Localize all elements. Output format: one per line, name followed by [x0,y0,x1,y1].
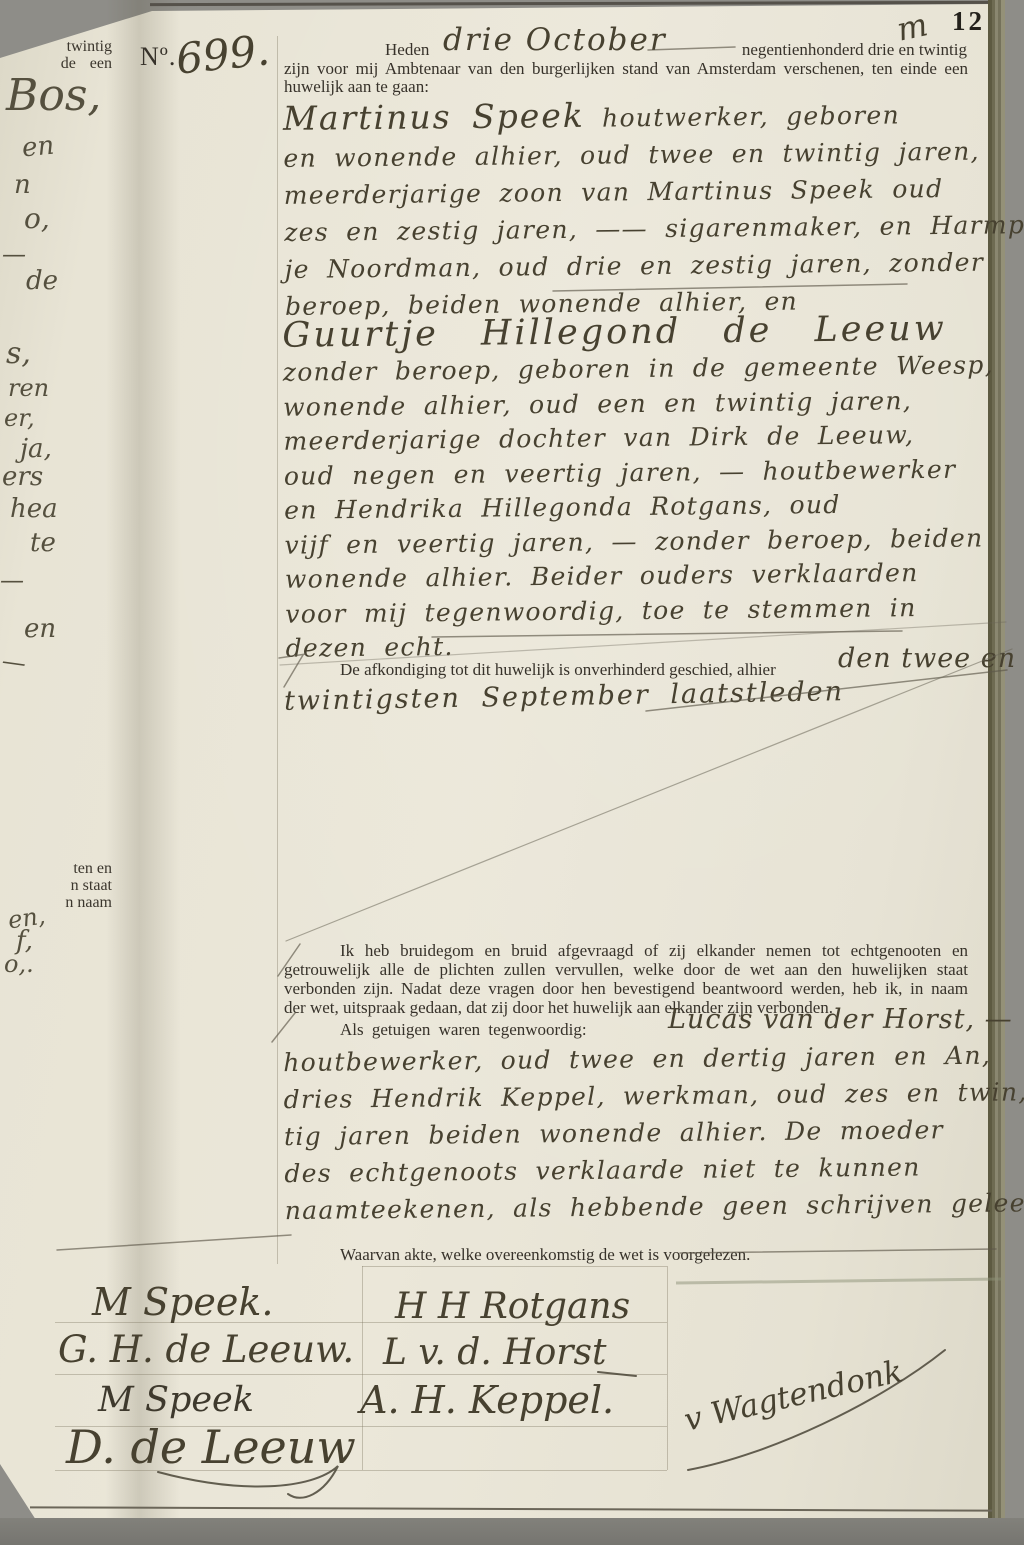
header-heden: Heden [385,40,429,60]
vows-paragraph-line: Ik heb bruidegom en bruid afgevraagd of … [284,941,968,960]
header-handwritten-date: drie October [443,22,667,58]
closing-printed: Waarvan akte, welke overeenkomstig de we… [340,1245,750,1265]
announcement-printed: De afkondiging tot dit huwelijk is onver… [340,660,776,680]
groom-line: je Noordman, oud drie en zestig jaren, z… [284,243,1024,288]
vows-paragraph-line: verbonden zijn. Nadat deze vragen door h… [284,979,968,998]
prev-page-fragment: te [30,528,56,558]
signature-bride: G. H. de Leeuw. [58,1328,354,1371]
witnesses-entry: houtbewerker, oud twee en dertig jaren e… [283,1036,1024,1229]
prev-page-fragment: hea [10,494,58,524]
signature-grid-line [362,1266,667,1267]
signature-grid-line [362,1266,363,1470]
header-year: negentienhonderd drie en twintig [735,40,967,60]
prev-page-fragment: en [21,131,56,164]
witnesses-line: naamteekenen, als hebbende geen schrijve… [285,1184,1024,1229]
witnesses-printed-intro: Als getuigen waren tegenwoordig: [340,1020,587,1040]
signature-groom-father: M Speek [98,1380,254,1420]
announcement-handwritten-inline: den twee en [838,643,1016,674]
signature-witness-keppel: A. H. Keppel. [360,1378,614,1422]
prev-page-fragment: ren [8,374,49,402]
prev-page-fragment: twintig [6,38,112,56]
prev-page-fragment: en [24,614,56,644]
prev-page-fragment: — [2,240,26,268]
act-number-value: 699. [174,25,272,84]
prev-page-fragment: de [26,266,58,296]
prev-page-fragment: o, [24,202,50,235]
groom-line1-rest: houtwerker, geboren [585,100,900,132]
folio-page-number: 12 [952,6,985,37]
act-number-label: Nº. [140,42,176,72]
signature-witness-horst: L v. d. Horst [383,1332,606,1373]
prev-page-fragment: o,. [4,950,34,978]
prev-page-fragment: — [0,566,24,594]
scanned-marriage-record-photo: twintig de een Bos, en n o, — de s, ren … [0,0,1024,1545]
header-line3: huwelijk aan te gaan: [284,77,429,97]
signature-bride-mother: H H Rotgans [395,1286,630,1327]
signature-bride-father: D. de Leeuw [66,1420,356,1474]
bride-entry: Guurtje Hillegond de Leeuw zonder beroep… [282,308,997,666]
prev-page-fragment: ten en [6,860,112,878]
signature-grid-line [667,1266,668,1470]
witnesses-handwritten-inline: Lucas van der Horst, — [668,1004,1013,1035]
groom-entry: Martinus Speek houtwerker, geboren en wo… [283,92,1024,325]
prev-page-fragment: ers [2,462,43,492]
prev-page-fragment: ja, [20,434,52,464]
signature-grid-line [55,1374,667,1375]
prev-page-fragment: n [14,170,31,200]
vows-paragraph-line: getrouwelijk alle de plichten zullen ver… [284,960,968,979]
groom-name: Martinus Speek [283,96,585,138]
prev-page-fragment: er, [4,404,35,432]
prev-page-fragment: — [0,646,28,677]
margin-rule [277,36,278,1264]
prev-page-fragment: Bos, [6,70,101,121]
prev-page-fragment: s, [6,336,31,371]
photo-background-bottom [0,1518,1024,1545]
prev-page-fragment: n staat [6,877,112,895]
header-line2: zijn voor mij Ambtenaar van den burgerli… [284,59,968,78]
signature-groom: M Speek. [92,1280,273,1324]
